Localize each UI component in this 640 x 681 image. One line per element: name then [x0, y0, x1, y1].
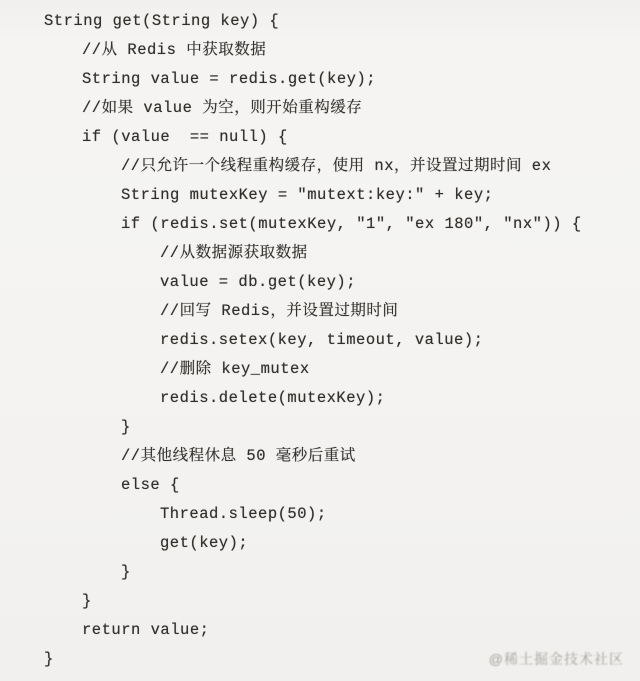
watermark: @稀土掘金技术社区 [489, 649, 624, 669]
code-line: redis.setex(key, timeout, value); [0, 326, 640, 355]
code-line: } [0, 587, 640, 616]
code-line: String get(String key) { [0, 7, 640, 36]
code-line: String mutexKey = "mutext:key:" + key; [0, 181, 640, 210]
code-line: return value; [0, 616, 640, 645]
code-line: //从 Redis 中获取数据 [0, 36, 640, 65]
code-line: String value = redis.get(key); [0, 65, 640, 94]
code-line: //回写 Redis，并设置过期时间 [0, 297, 640, 326]
code-line: //其他线程休息 50 毫秒后重试 [0, 442, 640, 471]
code-line: redis.delete(mutexKey); [0, 384, 640, 413]
code-snippet-page: String get(String key) {//从 Redis 中获取数据S… [0, 0, 640, 681]
code-block: String get(String key) {//从 Redis 中获取数据S… [0, 7, 640, 674]
code-line: Thread.sleep(50); [0, 500, 640, 529]
code-line: if (value == null) { [0, 123, 640, 152]
code-line: //只允许一个线程重构缓存，使用 nx，并设置过期时间 ex [0, 152, 640, 181]
code-line: //从数据源获取数据 [0, 239, 640, 268]
code-line: if (redis.set(mutexKey, "1", "ex 180", "… [0, 210, 640, 239]
code-line: } [0, 558, 640, 587]
code-line: value = db.get(key); [0, 268, 640, 297]
code-line: else { [0, 471, 640, 500]
code-line: } [0, 413, 640, 442]
code-line: //如果 value 为空，则开始重构缓存 [0, 94, 640, 123]
code-line: get(key); [0, 529, 640, 558]
code-line: //删除 key_mutex [0, 355, 640, 384]
